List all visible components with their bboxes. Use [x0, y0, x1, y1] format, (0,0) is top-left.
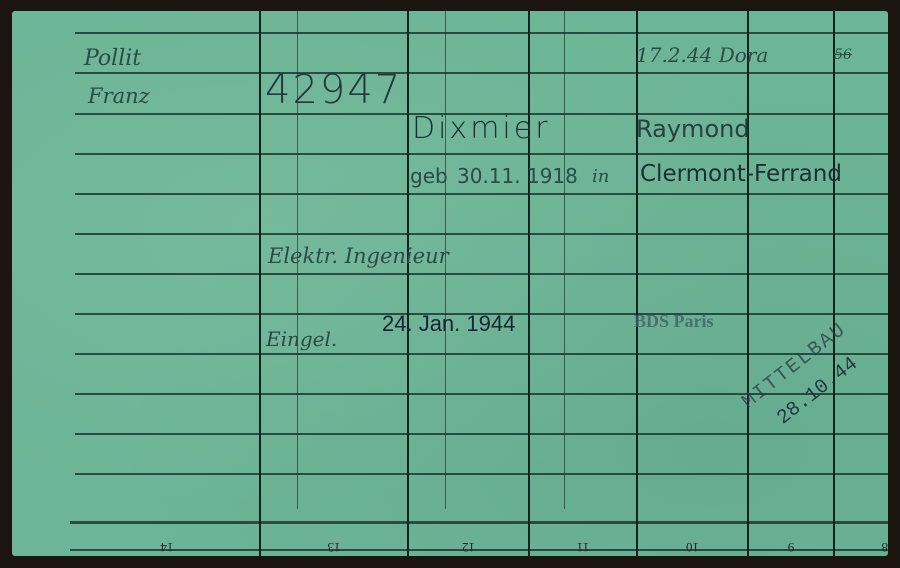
occupation: Elektr. Ingenieur — [268, 244, 449, 268]
prisoner-index-card: Pollit Franz 42947 17.2.44 Dora 56 Dixmi… — [12, 11, 888, 556]
ruled-line — [75, 72, 888, 74]
ruled-line — [75, 153, 888, 155]
column-divider — [259, 11, 261, 556]
footer-band-top — [70, 521, 888, 524]
struck-mark: 56 — [834, 47, 852, 63]
birth-date: 30.11. 1918 — [457, 164, 578, 188]
column-number: 9 — [749, 539, 833, 555]
ruled-line — [75, 473, 888, 475]
ruled-line — [75, 433, 888, 435]
birth-place: Clermont-Ferrand — [640, 161, 842, 187]
column-divider — [636, 11, 638, 556]
ruled-line — [75, 233, 888, 235]
origin-stamp: BDS Paris — [634, 311, 714, 332]
column-number: 8 — [835, 539, 892, 555]
birth-in: in — [592, 166, 609, 187]
column-number: 14 — [75, 539, 259, 555]
ruled-line — [75, 353, 888, 355]
column-divider — [407, 11, 409, 556]
column-divider — [833, 11, 835, 556]
transfer-note: 17.2.44 Dora — [636, 43, 768, 67]
birth-prefix: geb — [410, 164, 448, 188]
ruled-line — [75, 193, 888, 195]
first-name: Raymond — [636, 115, 750, 143]
column-divider — [747, 11, 749, 556]
column-subdivider — [564, 11, 565, 509]
clerk-surname: Pollit — [84, 46, 141, 71]
clerk-first-name: Franz — [88, 84, 150, 108]
column-divider — [528, 11, 530, 556]
ruled-line — [75, 273, 888, 275]
ruled-line — [75, 32, 888, 34]
column-number: 11 — [530, 539, 636, 555]
surname: Dixmier — [412, 111, 551, 146]
entry-date-stamp: 24. Jan. 1944 — [382, 311, 515, 337]
column-number: 13 — [261, 539, 407, 555]
entry-label: Eingel. — [266, 327, 337, 351]
column-number: 10 — [638, 539, 747, 555]
column-number: 12 — [409, 539, 528, 555]
prisoner-number: 42947 — [265, 67, 402, 113]
